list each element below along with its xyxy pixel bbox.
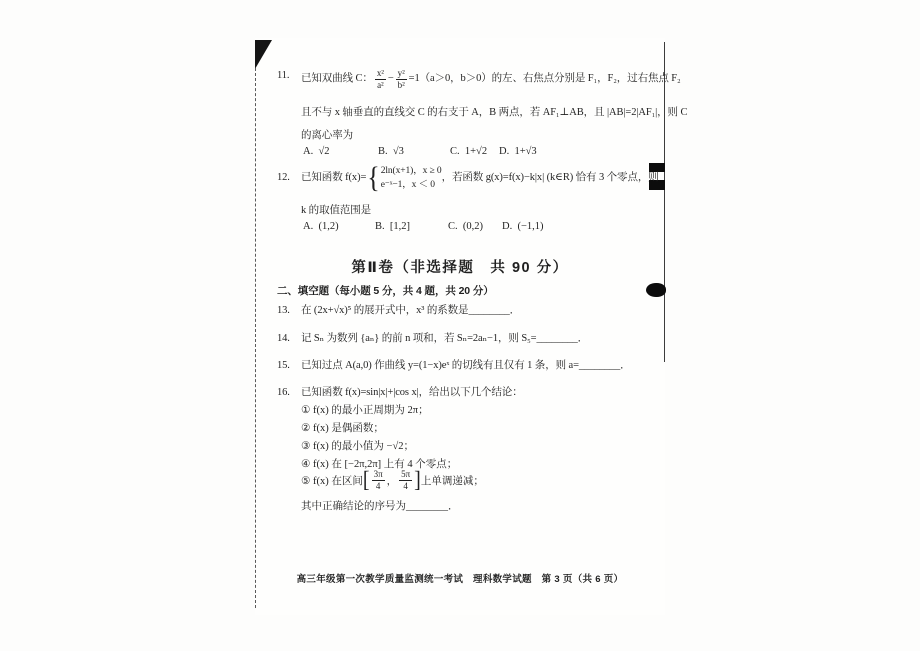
question-12-line-2: k 的取值范围是 [301,203,371,219]
question-13: 13. 在 (2x+√x)⁵ 的展开式中，x³ 的系数是________． [277,303,520,319]
question-number: 16. [277,385,301,401]
question-12-options: A. (1,2) B. [1,2] C. (0,2) D. (−1,1) [303,221,643,237]
fraction: 5π 4 [399,469,412,492]
option-value: (−1,1) [517,221,543,232]
text-segment: 的离心率为 [301,128,353,144]
question-16-closing: 其中正确结论的序号为________． [301,498,459,513]
option-label: B. [375,221,385,232]
text-segment: 上单调递减； [421,473,484,488]
option-value: (1,2) [318,221,338,232]
text-segment: 已知双曲线 C： [301,71,373,87]
ink-blot-mark [646,283,666,297]
question-number: 11. [277,68,301,91]
option-value: 1+√2 [465,146,487,157]
piecewise-brace: { [367,163,379,193]
text-segment: k 的取值范围是 [301,203,371,219]
option-label: B. [378,146,388,157]
right-bracket: ] [414,469,421,492]
fraction-denominator: b² [398,80,405,91]
option-value: √3 [393,146,404,157]
question-15: 15. 已知过点 A(a,0) 作曲线 y=(1−x)eˣ 的切线有且仅有 1 … [277,358,631,374]
case-2: e⁻ˣ−1，x ＜ 0 [381,178,435,192]
fraction: 3π 4 [372,469,385,492]
fraction-denominator: 4 [403,481,408,492]
option-label: D. [499,146,509,157]
option-c: C. 1+√2 [450,146,487,157]
question-text: 在 (2x+√x)⁵ 的展开式中，x³ 的系数是________． [301,303,520,319]
case-1: 2ln(x+1)，x ≥ 0 [381,164,442,178]
question-16-item-1: ① f(x) 的最小正周期为 2π； [301,402,429,417]
question-12-line-1: 12. 已知函数 f(x)= { 2ln(x+1)，x ≥ 0 e⁻ˣ−1，x … [277,164,659,193]
fraction-numerator: 3π [372,469,385,481]
text-segment: 且不与 x 轴垂直的直线交 C 的右支于 A，B 两点，若 AF₁⊥AB，且 |… [301,105,687,121]
question-number: 13. [277,303,301,319]
fraction-denominator: 4 [376,481,381,492]
option-label: C. [450,146,460,157]
question-text: 已知过点 A(a,0) 作曲线 y=(1−x)eˣ 的切线有且仅有 1 条，则 … [301,358,631,374]
question-16-item-3: ③ f(x) 的最小值为 −√2； [301,438,414,453]
question-11-line-2: 且不与 x 轴垂直的直线交 C 的右支于 A，B 两点，若 AF₁⊥AB，且 |… [301,105,687,121]
question-14: 14. 记 Sₙ 为数列 {aₙ} 的前 n 项和，若 Sₙ=2aₙ−1，则 S… [277,331,588,347]
question-11-line-3: 的离心率为 [301,128,353,144]
fraction-numerator: y² [396,68,407,80]
option-label: C. [448,221,458,232]
option-a: A. √2 [303,146,329,157]
text-segment: ⑤ f(x) 在区间 [301,473,363,488]
question-16-item-2: ② f(x) 是偶函数； [301,420,384,435]
fraction-numerator: 5π [399,469,412,481]
option-label: A. [303,146,313,157]
left-bracket: [ [363,469,370,492]
option-b: B. √3 [378,146,404,157]
piecewise-cases: 2ln(x+1)，x ≥ 0 e⁻ˣ−1，x ＜ 0 [381,164,442,193]
fraction: x² a² [375,68,386,91]
option-a: A. (1,2) [303,221,339,232]
question-text: 已知函数 f(x)= { 2ln(x+1)，x ≥ 0 e⁻ˣ−1，x ＜ 0 … [301,164,659,193]
page-left-edge [255,68,256,608]
text-segment: =1（a＞0，b＞0）的左、右焦点分别是 F₁，F₂，过右焦点 F₂ [409,71,681,87]
option-c: C. (0,2) [448,221,483,232]
screenshot: 11. 已知双曲线 C： x² a² − y² b² =1（a＞0，b＞0）的左… [0,0,920,651]
question-16-item-5: ⑤ f(x) 在区间 [ 3π 4 ， 5π 4 ] 上单调递减； [301,469,484,492]
fraction-numerator: x² [375,68,386,80]
comma: ， [387,473,398,488]
option-value: √2 [318,146,329,157]
text-segment: 二、填空题（每小题 5 分，共 4 题，共 20 分） [277,284,494,300]
option-d: D. (−1,1) [502,221,544,232]
option-value: [1,2] [390,221,410,232]
minus-sign: − [388,71,394,87]
page-footer: 高三年级第一次教学质量监测统一考试 理科数学试题 第 3 页（共 6 页） [255,571,665,585]
question-11-line-1: 11. 已知双曲线 C： x² a² − y² b² =1（a＞0，b＞0）的左… [277,68,681,91]
option-label: D. [502,221,512,232]
fraction-denominator: a² [377,80,384,91]
question-number: 14. [277,331,301,347]
question-16-intro: 16. 已知函数 f(x)=sin|x|+|cos x|，给出以下几个结论： [277,385,523,401]
text-segment: 已知函数 f(x)= [301,170,366,186]
option-value: 1+√3 [514,146,536,157]
question-number: 15. [277,358,301,374]
option-d: D. 1+√3 [499,146,537,157]
question-text: 已知函数 f(x)=sin|x|+|cos x|，给出以下几个结论： [301,385,523,401]
text-segment: ，若函数 g(x)=f(x)−k|x| (k∈R) 恰有 3 个零点，则 [442,170,659,186]
option-b: B. [1,2] [375,221,410,232]
question-11-options: A. √2 B. √3 C. 1+√2 D. 1+√3 [303,146,643,162]
scan-fold-artifact [255,40,272,69]
question-number: 12. [277,170,301,186]
fill-in-section-header: 二、填空题（每小题 5 分，共 4 题，共 20 分） [277,284,494,300]
exam-page: 11. 已知双曲线 C： x² a² − y² b² =1（a＞0，b＞0）的左… [255,38,665,615]
question-text: 记 Sₙ 为数列 {aₙ} 的前 n 项和，若 Sₙ=2aₙ−1，则 S₅=__… [301,331,588,347]
section-title: 第Ⅱ卷（非选择题 共 90 分） [255,256,665,277]
question-text: 已知双曲线 C： x² a² − y² b² =1（a＞0，b＞0）的左、右焦点… [301,68,681,91]
option-label: A. [303,221,313,232]
option-value: (0,2) [463,221,483,232]
fraction: y² b² [396,68,407,91]
